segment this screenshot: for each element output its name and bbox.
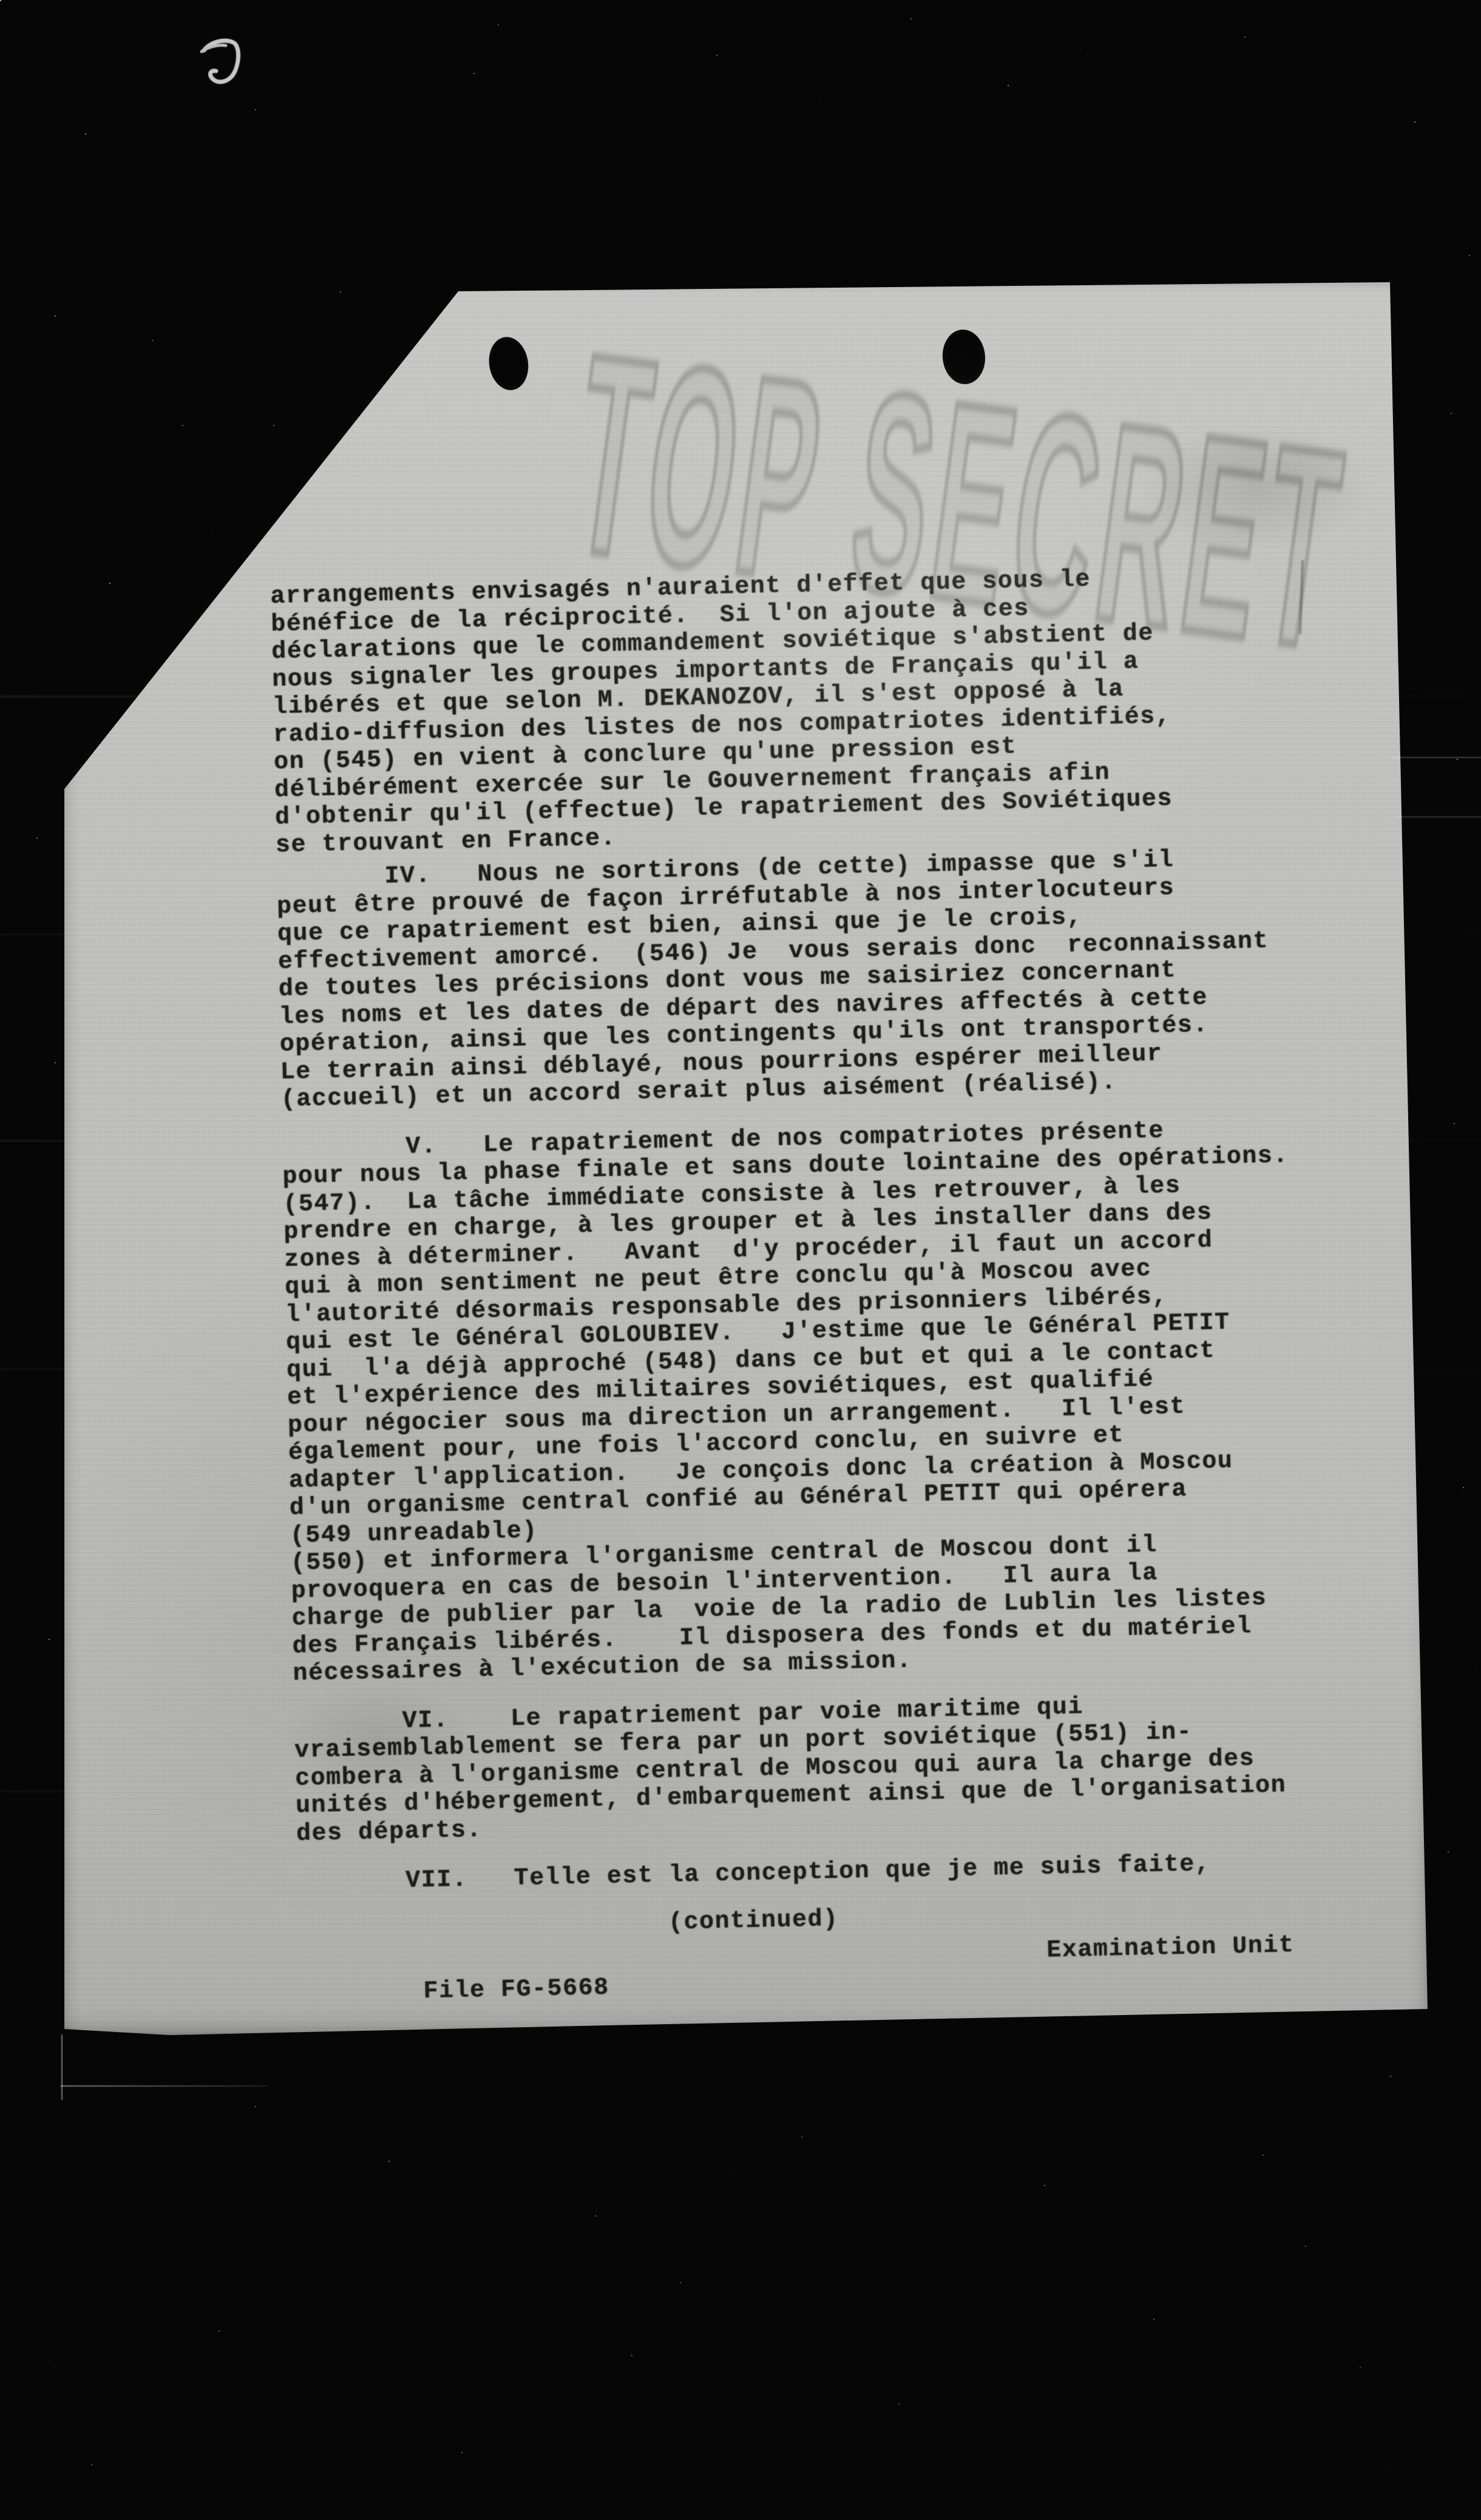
film-streak-right bbox=[1396, 816, 1481, 818]
microfilm-scan: TOP SECRET arrangements envisagés n'aura… bbox=[0, 0, 1481, 2520]
film-streak-right bbox=[1390, 757, 1481, 758]
typewritten-text: arrangements envisagés n'auraient d'effe… bbox=[270, 561, 1386, 1983]
handwritten-mark bbox=[195, 33, 250, 91]
paragraph-vii: VII. Telle est la conception que je me s… bbox=[297, 1847, 1384, 1897]
paragraph-vi: VI. Le rapatriement par voie maritime qu… bbox=[294, 1687, 1383, 1848]
document-page: TOP SECRET arrangements envisagés n'aura… bbox=[61, 276, 1434, 2039]
paragraph-continuation: arrangements envisagés n'auraient d'effe… bbox=[270, 561, 1362, 859]
paragraph-iv: IV. Nous ne sortirons (de cette) impasse… bbox=[276, 842, 1367, 1114]
film-dust-speckles-small bbox=[0, 0, 1, 1]
examination-unit-label: Examination Unit bbox=[1046, 1932, 1295, 1965]
paragraph-v: V. Le rapatriement de nos compatriotes p… bbox=[282, 1113, 1380, 1688]
file-number: File FG-5668 bbox=[423, 1974, 609, 2005]
film-scratch-horizontal bbox=[61, 2085, 267, 2087]
page-edge-highlight bbox=[61, 2034, 63, 2100]
punch-hole-right bbox=[940, 328, 988, 386]
punch-hole-left bbox=[486, 334, 532, 393]
